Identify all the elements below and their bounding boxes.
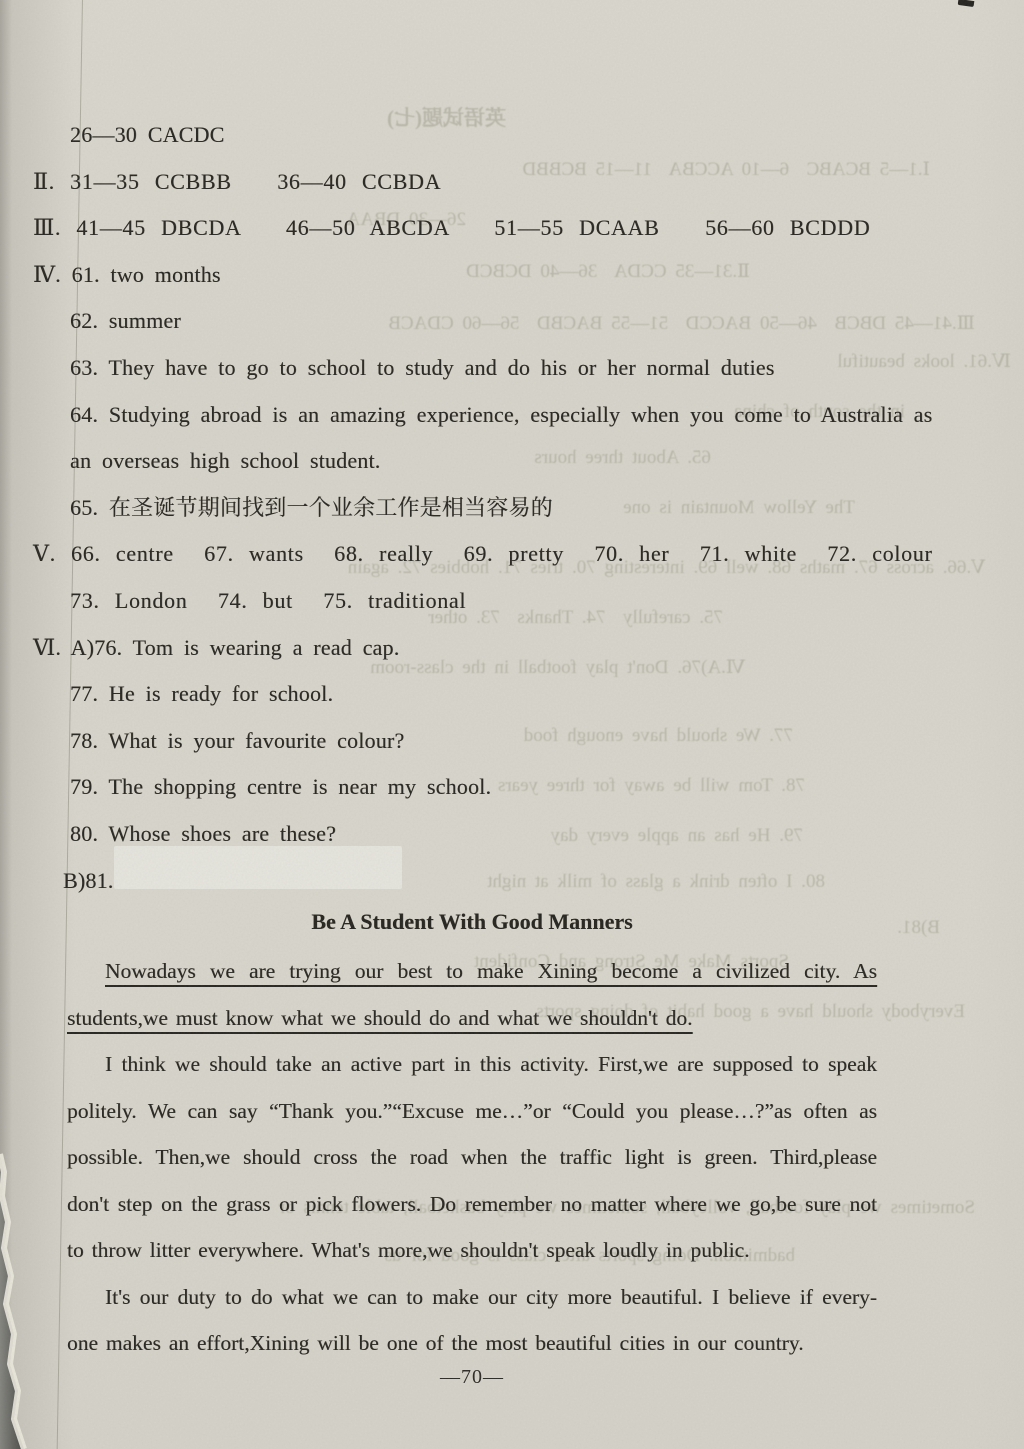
bleedthrough-text: 英语试题(七) [356,106,506,130]
answer-line: Ⅲ. 41—45 DBCDA 46—50 ABCDA 51—55 DCAAB 5… [33,214,870,241]
answer-line: 77. He is ready for school. [70,680,333,707]
essay-line: Nowadays we are trying our best to make … [67,958,877,985]
answer-line: B)81. [63,867,114,894]
essay-line: students,we must know what we should do … [67,1005,877,1032]
answer-line: 62. summer [70,307,181,334]
essay-line-text: to throw litter everywhere. What's more,… [67,1238,750,1262]
bleedthrough-text: Ⅳ.61. looks beautiful [836,350,1011,374]
answer-line: 80. Whose shoes are these? [70,820,336,847]
answer-line: Ⅴ. 66. centre 67. wants 68. really 69. p… [33,540,933,567]
essay-line-text: don't step on the grass or pick flowers.… [67,1192,877,1216]
answer-line: 63. They have to go to school to study a… [70,354,775,381]
essay-line-text: one makes an effort,Xining will be one o… [67,1331,804,1355]
page-corner-mark [958,0,975,7]
essay-title: Be A Student With Good Manners [67,908,877,936]
bleedthrough-text: Ⅱ.31—35 CCDA 36—40 DCBCD [430,260,750,284]
bleedthrough-text: 79. He has an apple every day [498,824,803,848]
bleedthrough-text: 65. About three hours [486,446,711,470]
whiteout-patch [114,846,402,889]
essay-line: don't step on the grass or pick flowers.… [67,1191,877,1218]
answer-line: an overseas high school student. [70,447,381,474]
answer-line: 26—30 CACDC [70,121,225,148]
essay-line: politely. We can say “Thank you.”“Excuse… [67,1098,877,1125]
answer-line: 78. What is your favourite colour? [70,727,404,754]
essay-line: to throw litter everywhere. What's more,… [67,1237,877,1264]
answer-line: Ⅱ. 31—35 CCBBB 36—40 CCBDA [33,168,441,195]
essay-line-text: I think we should take an active part in… [105,1052,877,1076]
answer-line: Ⅵ. A)76. Tom is wearing a read cap. [33,634,399,661]
bleedthrough-text: 77. We should have enough food [488,724,793,748]
answer-line: 64. Studying abroad is an amazing experi… [70,401,932,428]
answer-line: 65. 在圣诞节期间找到一个业余工作是相当容易的 [70,494,553,521]
scanned-page: Be A Student With Good Manners —70— 英语试题… [0,0,1024,1449]
essay-line-text: possible. Then,we should cross the road … [67,1145,877,1169]
bleedthrough-text: Ⅲ.41—45 DBCB 46—50 BACCD 51—55 BACBD 56—… [330,312,975,336]
essay-line: I think we should take an active part in… [67,1051,877,1078]
essay-line-text: It's our duty to do what we can to make … [105,1285,877,1309]
bleedthrough-text: 78. Tom will be away for three years [470,774,805,798]
answer-line: Ⅳ. 61. two months [33,261,221,288]
essay-line: It's our duty to do what we can to make … [67,1284,877,1311]
essay-line-text: politely. We can say “Thank you.”“Excuse… [67,1099,877,1123]
bleedthrough-text: The Yellow Mountain is one [520,496,855,520]
torn-page-edge [0,1128,60,1449]
page-number: —70— [67,1364,877,1390]
answer-line: 79. The shopping centre is near my schoo… [70,773,491,800]
essay-line: possible. Then,we should cross the road … [67,1144,877,1171]
answer-line: 73. London 74. but 75. traditional [70,587,466,614]
essay-line-text: Nowadays we are trying our best to make … [105,959,877,983]
bleedthrough-text: B)81. [880,916,940,940]
essay-line: one makes an effort,Xining will be one o… [67,1330,877,1357]
essay-line-text: students,we must know what we should do … [67,1006,693,1030]
bleedthrough-text: 80. I often drink a glass of milk at nig… [470,870,825,894]
